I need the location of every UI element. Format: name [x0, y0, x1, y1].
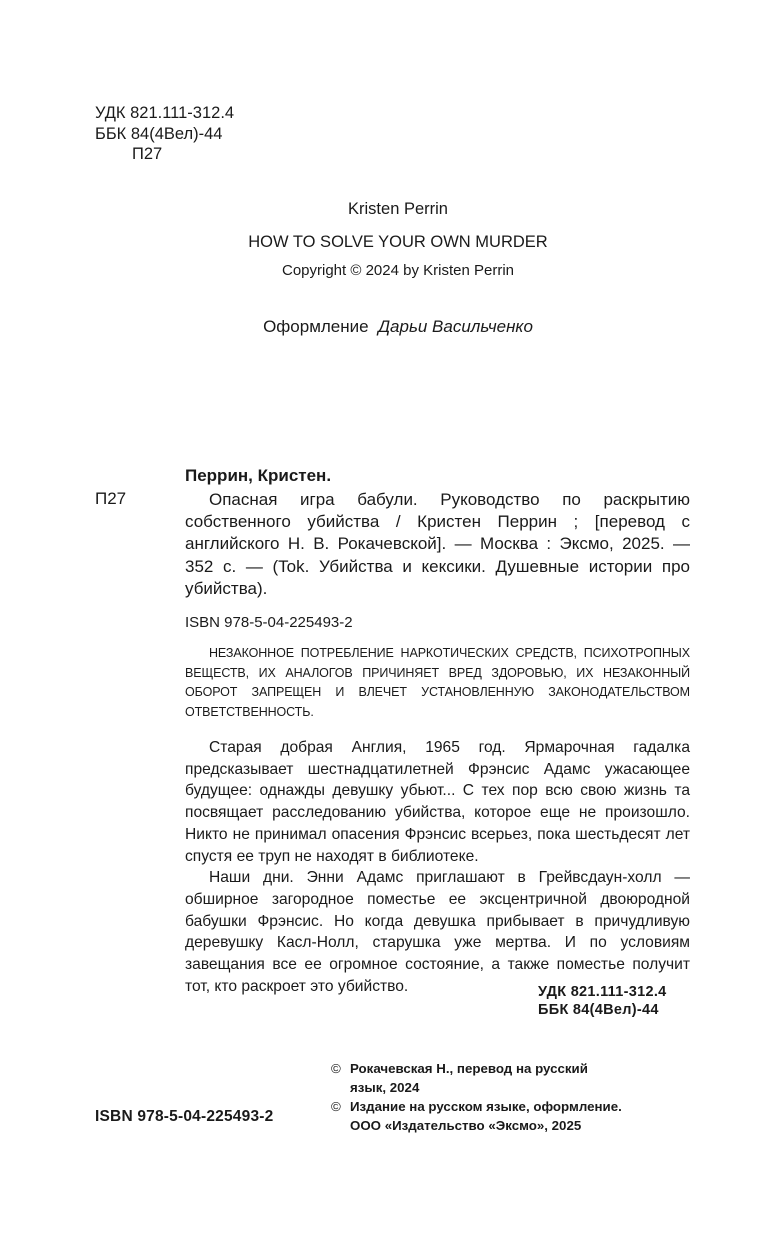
designer-name: Дарьи Васильченко: [378, 317, 533, 336]
copyright-icon: ©: [331, 1097, 350, 1116]
footer-udk: УДК 821.111-312.4: [538, 983, 667, 1001]
bibliographic-heading: Перрин, Кристен.: [185, 466, 331, 486]
copyright-icon: ©: [331, 1059, 350, 1078]
author-mark: П27: [95, 144, 234, 165]
copyright-line: язык, 2024: [331, 1078, 701, 1097]
design-label: Оформление: [263, 317, 369, 336]
footer-bbk: ББК 84(4Вел)-44: [538, 1001, 667, 1019]
copyright-line: Рокачевская Н., перевод на русский: [350, 1059, 588, 1078]
original-author: Kristen Perrin: [0, 200, 768, 219]
classification-codes: УДК 821.111-312.4 ББК 84(4Вел)-44 П27: [95, 103, 234, 165]
udk-code: УДК 821.111-312.4: [95, 103, 234, 124]
copyright-line: Издание на русском языке, оформление.: [350, 1097, 622, 1116]
copyright-notices: ©Рокачевская Н., перевод на русский язык…: [331, 1059, 701, 1135]
annotation-paragraph: Наши дни. Энни Адамс приглашают в Грейвс…: [185, 867, 690, 997]
bbk-code: ББК 84(4Вел)-44: [95, 124, 234, 145]
legal-warning: НЕЗАКОННОЕ ПОТРЕБЛЕНИЕ НАРКОТИЧЕСКИХ СРЕ…: [185, 644, 690, 722]
annotation-paragraph: Старая добрая Англия, 1965 год. Ярмарочн…: [185, 737, 690, 867]
isbn: ISBN 978-5-04-225493-2: [185, 614, 353, 631]
design-credit: Оформление Дарьи Васильченко: [0, 317, 768, 337]
footer-isbn: ISBN 978-5-04-225493-2: [95, 1108, 273, 1126]
original-title: HOW TO SOLVE YOUR OWN MURDER: [0, 233, 768, 252]
annotation: Старая добрая Англия, 1965 год. Ярмарочн…: [185, 737, 690, 997]
original-copyright: Copyright © 2024 by Kristen Perrin: [0, 262, 768, 279]
footer-codes: УДК 821.111-312.4 ББК 84(4Вел)-44: [538, 983, 667, 1019]
bibliographic-description: Опасная игра бабули. Руководство по раск…: [185, 489, 690, 600]
bibliographic-code: П27: [95, 489, 126, 509]
copyright-line: ООО «Издательство «Эксмо», 2025: [331, 1116, 701, 1135]
